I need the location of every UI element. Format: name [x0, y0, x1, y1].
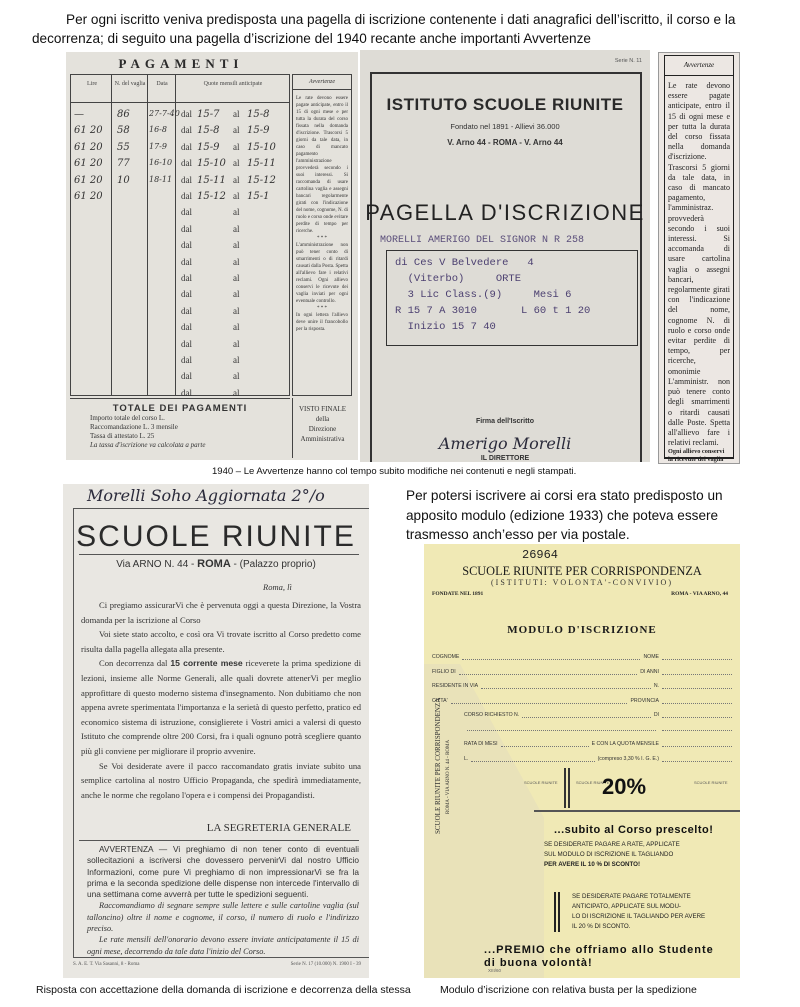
- pagamenti-title: PAGAMENTI: [66, 56, 296, 72]
- pagamenti-table: Lire N. del vaglia Data Quote mensili an…: [70, 74, 290, 396]
- letter-paragraph: Se Voi desiderate avere il pacco raccoma…: [81, 759, 361, 803]
- totale-offer: SE DESIDERATE PAGARE TOTALMENTEANTICIPAT…: [554, 892, 734, 932]
- envelope-address: SCUOLE RIUNITE PER CORRISPONDENZA: [434, 698, 442, 834]
- avvertenze-strip-photo: Avvertenze Le rate devono essere pagate …: [658, 52, 740, 464]
- modulo-founded: FONDATE NEL 1891: [432, 591, 483, 597]
- handwritten-note: Morelli Soho Aggiornata 2°/o: [87, 486, 325, 505]
- intro-paragraph-2: Per potersi iscrivere ai corsi era stato…: [406, 486, 766, 545]
- pagamenti-avvertenze: Avvertenze Le rate devono essere pagate …: [292, 74, 352, 396]
- payment-row: 61 20dal15-12al15-1: [71, 191, 289, 207]
- payment-row: dalal: [71, 355, 289, 371]
- istituto-title: ISTITUTO SCUOLE RIUNITE: [360, 95, 650, 115]
- totale-title: TOTALE DEI PAGAMENTI: [70, 403, 290, 414]
- form-field: CITTA'PROVINCIA: [432, 698, 732, 704]
- modulo-code: XIII/60: [488, 968, 501, 973]
- payment-row: dalal: [71, 339, 289, 355]
- form-field: RATA DI MESIE CON LA QUOTA MENSILE: [464, 741, 732, 747]
- box-line: 3 Lic Class.(9) Mesi 6: [395, 287, 629, 303]
- letter-body: Ci pregiamo assicurarVi che è pervenuta …: [81, 598, 361, 802]
- totale-line: Raccomandazione L. 3 mensile: [90, 423, 290, 432]
- premio-text: ...PREMIO che offriamo allo Studentedi b…: [484, 944, 714, 970]
- form-field: FIGLIO DIDI ANNI: [432, 669, 732, 675]
- form-field: L.(compreso 3,30 % I. G. E.): [464, 756, 732, 762]
- payment-row: 61 205517-9dal15-9al15-10: [71, 142, 289, 158]
- envelope-address-2: ROMA - VIA ARNO N. 44 - ROMA: [446, 740, 451, 814]
- letter-address: Via ARNO N. 44 - ROMA - (Palazzo proprio…: [63, 558, 369, 570]
- col-header: Data: [149, 81, 175, 87]
- stamp-label: SCUOLE RIUNITE: [694, 780, 728, 785]
- letter-paragraph: Voi siete stato accolto, e così ora Vi t…: [81, 627, 361, 656]
- payment-row: dalal: [71, 207, 289, 223]
- form-field: CORSO RICHIESTO N.DI: [464, 712, 732, 718]
- avvertenze-text-2: L'amministrazione non può tener conto di…: [296, 242, 348, 305]
- caption-left: Risposta con accettazione della domanda …: [36, 984, 411, 996]
- direttore-label: IL DIRETTORE: [360, 455, 650, 462]
- totale-line: La tassa d'iscrizione va calcolata a par…: [90, 441, 290, 450]
- iscritto-data-box: di Ces V Belvedere 4 (Viterbo) ORTE 3 Li…: [386, 250, 638, 346]
- percent-badge: 20%: [602, 774, 646, 800]
- segreteria-signature: LA SEGRETERIA GENERALE: [207, 822, 351, 834]
- form-field: COGNOMENOME: [432, 654, 732, 660]
- subito-heading: ...subito al Corso prescelto!: [554, 824, 713, 836]
- payment-row: 61 205816-8dal15-8al15-9: [71, 125, 289, 141]
- strip-small: Ogni allievo conservi la ricevute dei va…: [665, 448, 733, 464]
- modulo-address: ROMA - VIA ARNO, 44: [671, 591, 728, 597]
- modulo-subtitle: (ISTITUTI: VOLONTA'-CONVIVIO): [424, 578, 740, 587]
- box-line: Inizio 15 7 40: [395, 319, 629, 335]
- intro-paragraph: Per ogni iscritto veniva predisposta una…: [32, 10, 772, 48]
- col-header: N. del vaglia: [113, 81, 147, 87]
- modulo-photo: 26964 SCUOLE RIUNITE PER CORRISPONDENZA …: [424, 544, 740, 978]
- payment-row: 61 207716-10dal15-10al15-11: [71, 158, 289, 174]
- modulo-title: SCUOLE RIUNITE PER CORRISPONDENZA: [424, 564, 740, 579]
- raccomandiamo-text: Raccomandiamo di segnare sempre sulle le…: [87, 900, 359, 934]
- visto-line: VISTO FINALE: [293, 404, 352, 414]
- avvertenza-text: AVVERTENZA — Vi preghiamo di non tener c…: [87, 844, 359, 900]
- istituto-address: V. Arno 44 - ROMA - V. Arno 44: [360, 138, 650, 147]
- avvertenze-header: Avvertenze: [293, 79, 351, 90]
- payment-row: dalal: [71, 257, 289, 273]
- form-field: RESIDENTE IN VIAN.: [432, 683, 732, 689]
- pagamenti-photo: PAGAMENTI Lire N. del vaglia Data Quote …: [66, 52, 358, 460]
- payment-row: dalal: [71, 224, 289, 240]
- avvertenze-text: Le rate devono essere pagate anticipate,…: [296, 95, 348, 235]
- strip-body: Le rate devono essere pagate anticipate,…: [665, 76, 733, 448]
- istituto-founded: Fondato nel 1891 - Allievi 36.000: [360, 122, 650, 131]
- caption-top: 1940 – Le Avvertenze hanno col tempo sub…: [212, 466, 576, 477]
- letter-avvertenza: AVVERTENZA — Vi preghiamo di non tener c…: [87, 844, 359, 957]
- box-line: R 15 7 A 3010 L 60 t 1 20: [395, 303, 629, 319]
- avvertenze-text-3: In ogni lettera l'allievo deve unire il …: [296, 312, 348, 333]
- stamp-label: SCUOLE RIUNITE: [524, 780, 558, 785]
- roma-li: Roma, lì: [263, 582, 292, 592]
- totale-line: Importo totale del corso L.: [90, 414, 290, 423]
- payment-row: dalal: [71, 289, 289, 305]
- rate-offer: SE DESIDERATE PAGARE A RATE, APPLICATESU…: [544, 840, 680, 870]
- box-line: di Ces V Belvedere 4: [395, 255, 629, 271]
- payment-row: dalal: [71, 240, 289, 256]
- form-field: [464, 727, 732, 731]
- payment-row: —8627-7-40dal15-7al15-8: [71, 109, 289, 125]
- payment-row: dalal: [71, 273, 289, 289]
- letter-paragraph: Con decorrenza dal 15 corrente mese rice…: [81, 656, 361, 758]
- payment-row: 61 201018-11dal15-11al15-12: [71, 175, 289, 191]
- visto-finale: VISTO FINALE della Direzione Amministrat…: [292, 398, 352, 458]
- payment-row: dalal: [71, 371, 289, 387]
- payment-row: dalal: [71, 306, 289, 322]
- rate-text: Le rate mensili dell'onorario devono ess…: [87, 934, 359, 957]
- del-signor: MORELLI AMERIGO DEL SIGNOR N R 258: [380, 235, 584, 246]
- caption-right: Modulo d’iscrizione con relativa busta p…: [440, 984, 697, 996]
- totale-line: Tassa di attestato L. 25: [90, 432, 290, 441]
- serie-label: Serie N. 11: [615, 58, 642, 64]
- visto-line: Amministrativa: [293, 434, 352, 444]
- col-header: Quote mensili anticipate: [177, 81, 289, 87]
- letter-title: SCUOLE RIUNITE: [63, 520, 369, 554]
- modulo-form-title: MODULO D'ISCRIZIONE: [424, 624, 740, 636]
- strip-title: Avvertenze: [665, 56, 733, 76]
- letter-photo: Morelli Soho Aggiornata 2°/o SCUOLE RIUN…: [63, 484, 369, 978]
- letter-footer: S. A. E. T. Via Sasanni, 8 - RomaSerie N…: [73, 962, 361, 967]
- pagella-title: PAGELLA D'ISCRIZIONE: [360, 200, 650, 226]
- modulo-number: 26964: [522, 548, 558, 562]
- box-line: (Viterbo) ORTE: [395, 271, 629, 287]
- visto-line: Direzione: [293, 424, 352, 434]
- col-header: Lire: [73, 81, 111, 87]
- signature: Amerigo Morelli: [360, 434, 650, 453]
- letter-paragraph: Ci pregiamo assicurarVi che è pervenuta …: [81, 598, 361, 627]
- firma-label: Firma dell'Iscritto: [360, 418, 650, 425]
- pagella-photo: Serie N. 11 ISTITUTO SCUOLE RIUNITE Fond…: [360, 50, 650, 462]
- totale-pagamenti: TOTALE DEI PAGAMENTI Importo totale del …: [70, 398, 290, 458]
- visto-line: della: [293, 414, 352, 424]
- payment-row: dalal: [71, 322, 289, 338]
